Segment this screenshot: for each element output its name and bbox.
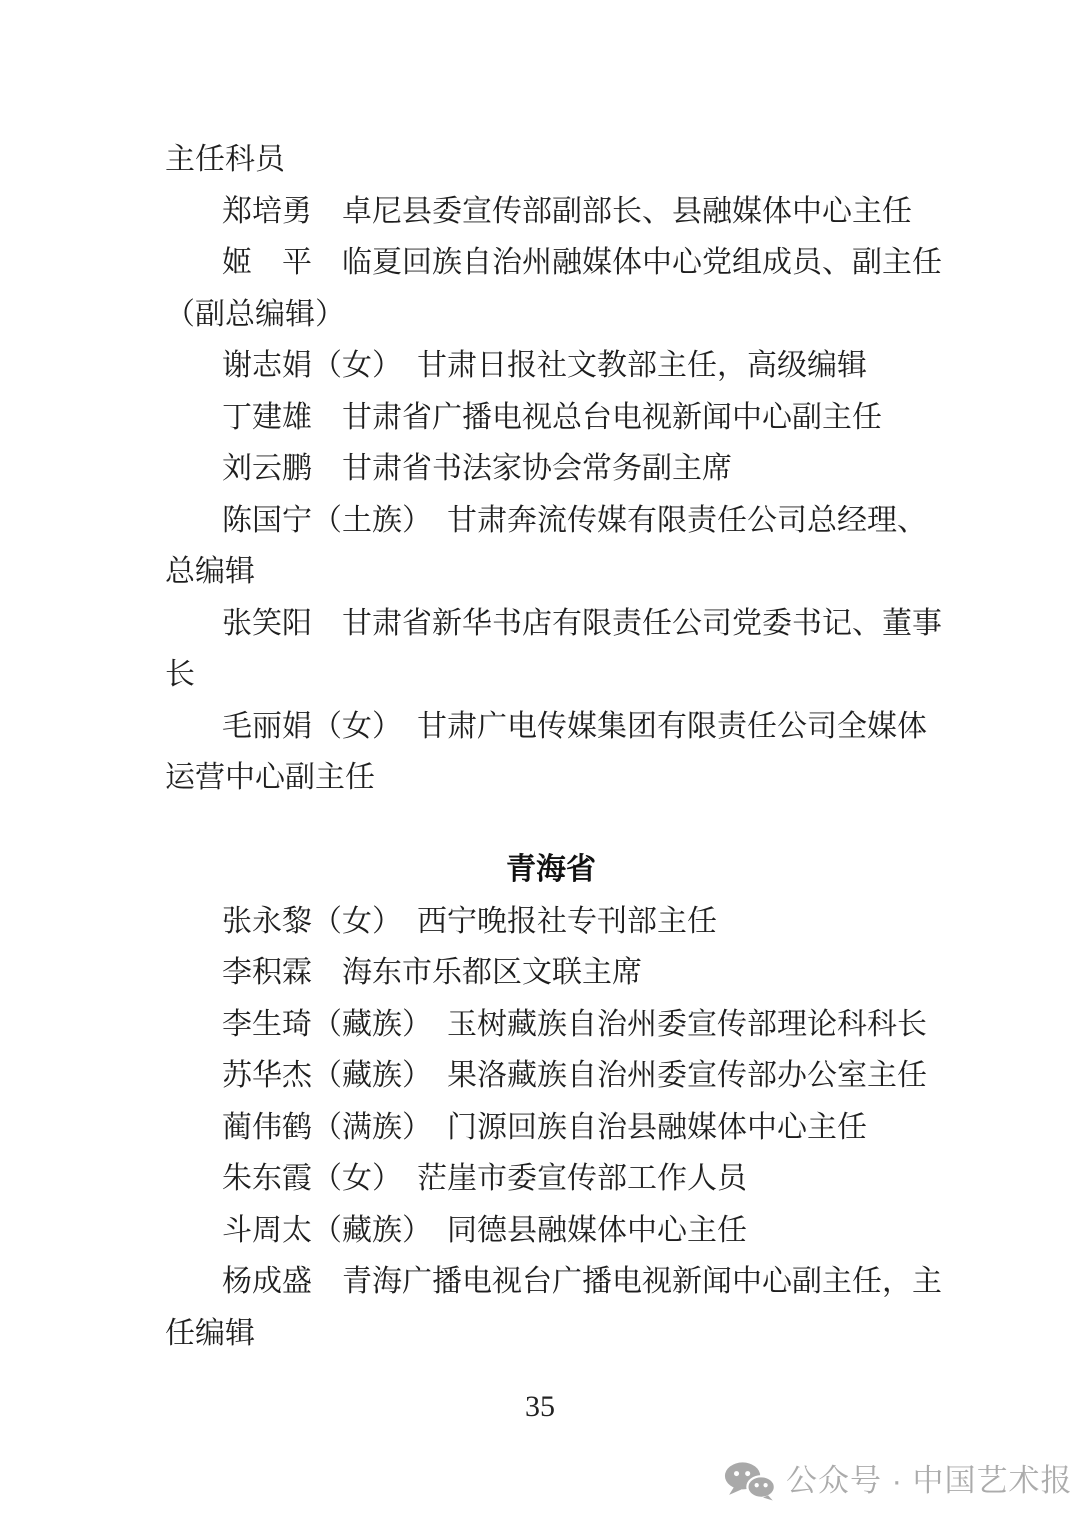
text-line: 总编辑: [165, 546, 937, 598]
document-page: 主任科员 郑培勇 卓尼县委宣传部副部长、县融媒体中心主任 姬 平 临夏回族自治州…: [0, 0, 1080, 1526]
section-heading-qinghai: 青海省: [165, 844, 937, 896]
text-line: 任编辑: [165, 1308, 937, 1360]
text-line: 郑培勇 卓尼县委宣传部副部长、县融媒体中心主任: [165, 186, 937, 238]
text-line: 张永黎（女） 西宁晚报社专刊部主任: [165, 896, 937, 948]
text-line: 陈国宁（土族） 甘肃奔流传媒有限责任公司总经理、: [165, 495, 937, 547]
text-line: 刘云鹏 甘肃省书法家协会常务副主席: [165, 443, 937, 495]
text-line: 主任科员: [165, 134, 937, 186]
text-line: 丁建雄 甘肃省广播电视总台电视新闻中心副主任: [165, 392, 937, 444]
text-line: 斗周太（藏族） 同德县融媒体中心主任: [165, 1205, 937, 1257]
text-line: 毛丽娟（女） 甘肃广电传媒集团有限责任公司全媒体: [165, 701, 937, 753]
text-line: 朱东霞（女） 茫崖市委宣传部工作人员: [165, 1153, 937, 1205]
text-line: 李生琦（藏族） 玉树藏族自治州委宣传部理论科科长: [165, 999, 937, 1051]
watermark-text: 公众号 · 中国艺术报: [786, 1461, 1073, 1501]
text-line: 谢志娟（女） 甘肃日报社文教部主任，高级编辑: [165, 340, 937, 392]
text-line: 运营中心副主任: [165, 752, 937, 804]
page-number: 35: [0, 1390, 1080, 1424]
text-line: 杨成盛 青海广播电视台广播电视新闻中心副主任，主: [165, 1256, 937, 1308]
text-line: 李积霖 海东市乐都区文联主席: [165, 947, 937, 999]
text-line: 姬 平 临夏回族自治州融媒体中心党组成员、副主任: [165, 237, 937, 289]
wechat-icon: [724, 1461, 776, 1501]
text-line: 张笑阳 甘肃省新华书店有限责任公司党委书记、董事: [165, 598, 937, 650]
text-line: （副总编辑）: [165, 289, 937, 341]
body-content: 主任科员 郑培勇 卓尼县委宣传部副部长、县融媒体中心主任 姬 平 临夏回族自治州…: [165, 134, 937, 1359]
text-line: 长: [165, 649, 937, 701]
text-line: 蔺伟鹤（满族） 门源回族自治县融媒体中心主任: [165, 1102, 937, 1154]
text-line: 苏华杰（藏族） 果洛藏族自治州委宣传部办公室主任: [165, 1050, 937, 1102]
wechat-watermark: 公众号 · 中国艺术报: [724, 1461, 1073, 1501]
